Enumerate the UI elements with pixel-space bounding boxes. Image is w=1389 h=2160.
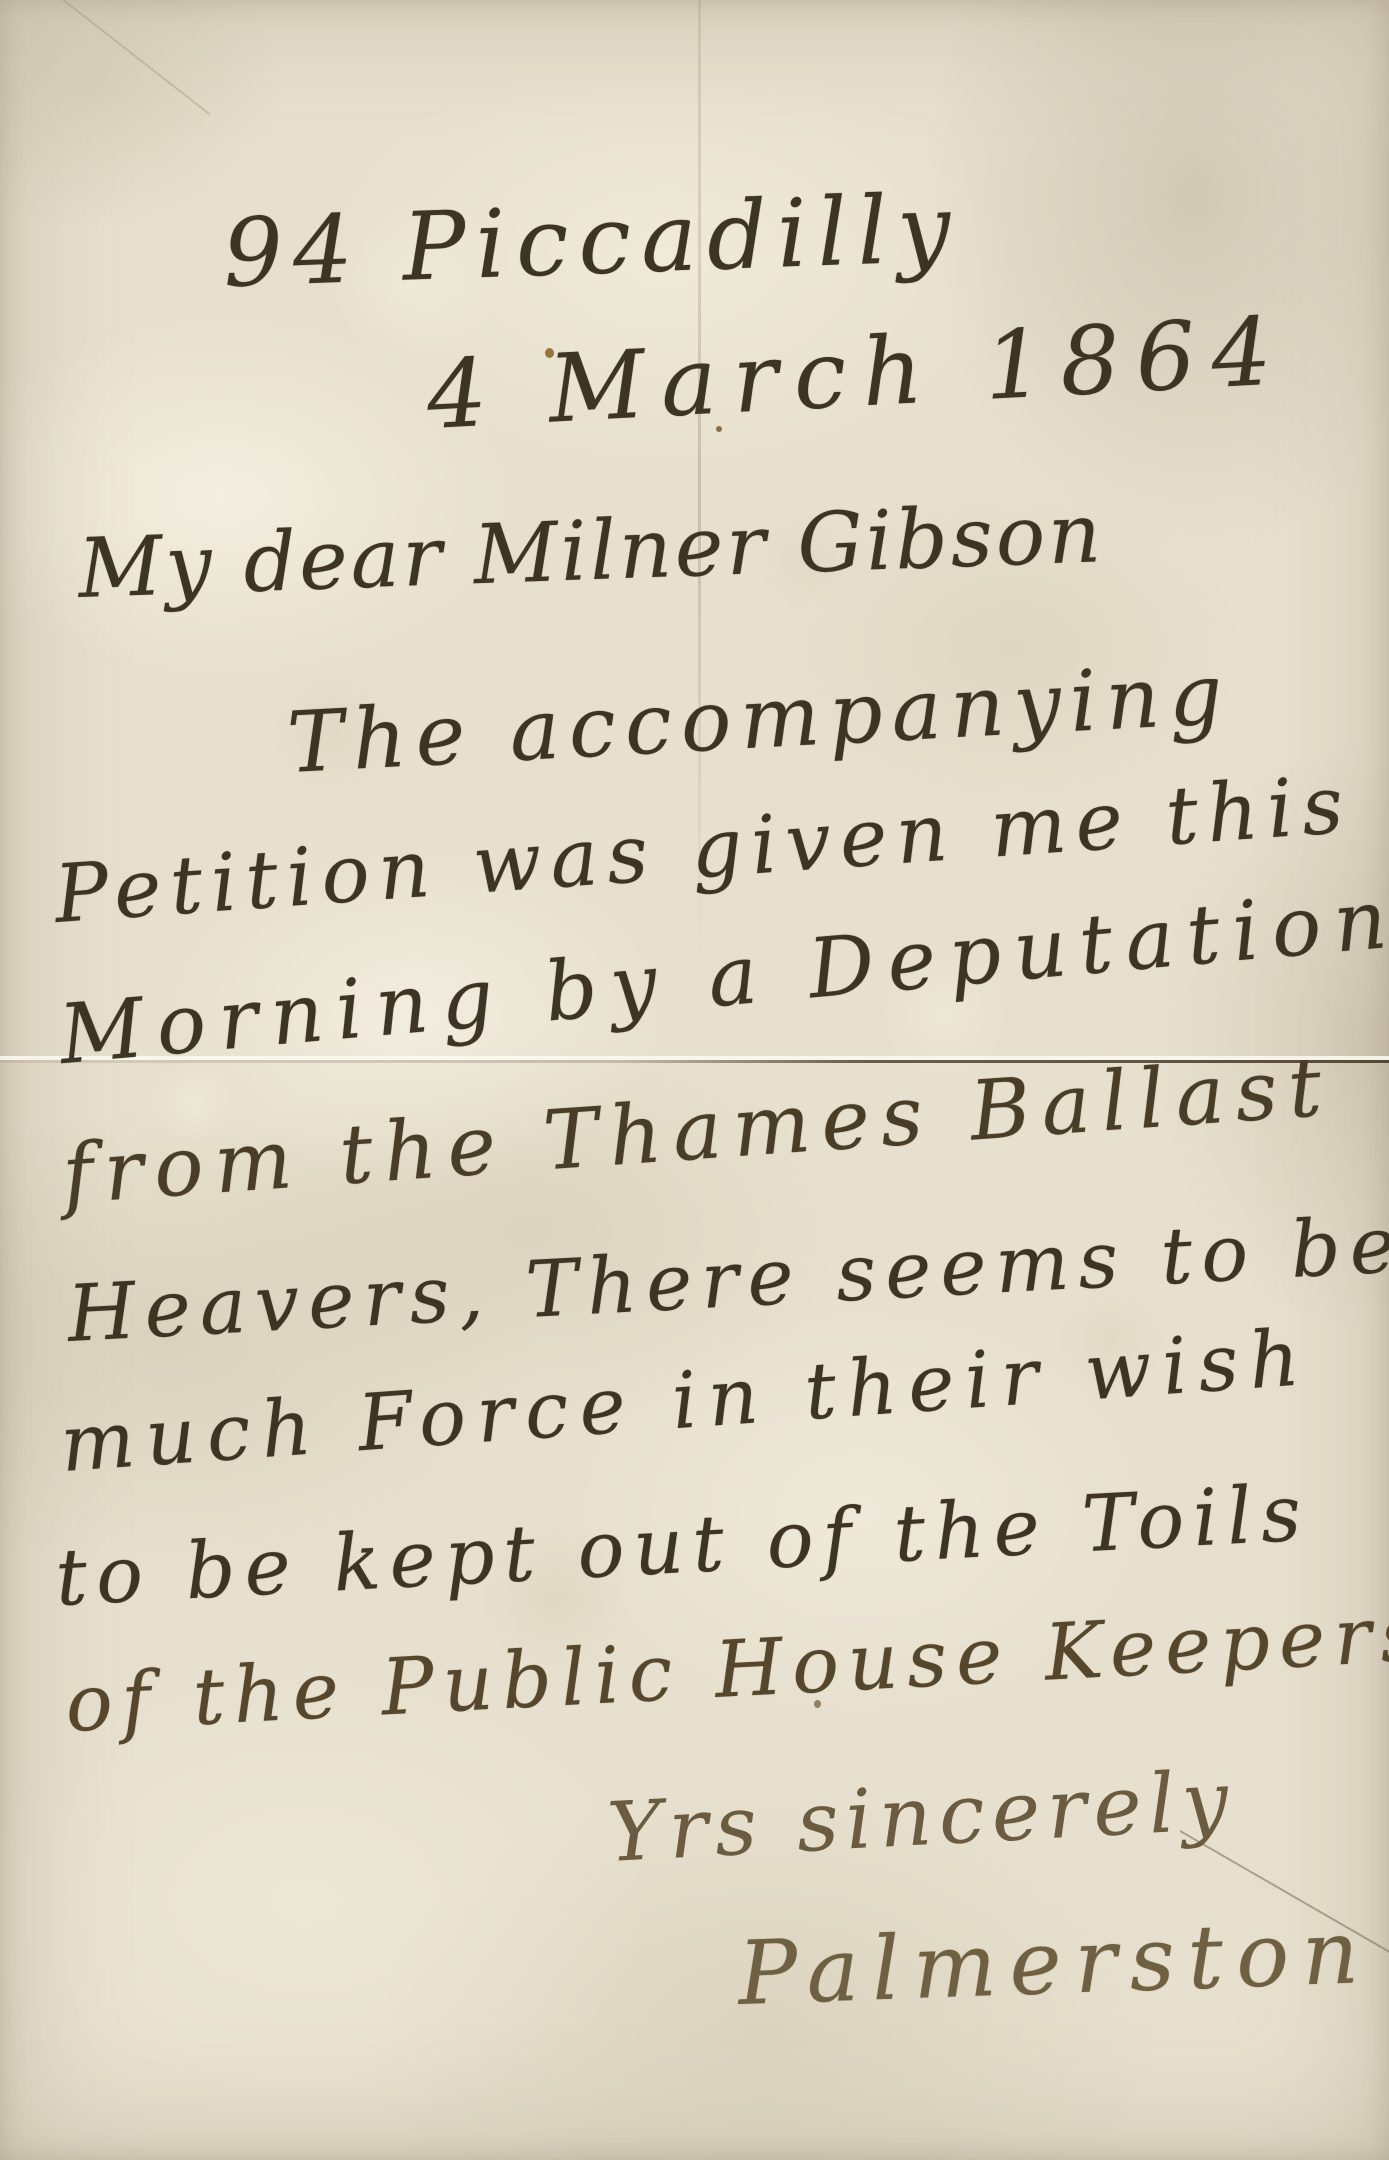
letter-scan: { "letter": { "address": "94 Piccadilly"… [0,0,1389,2160]
letter-paper: 94 Piccadilly 4 March 1864 My dear Milne… [0,0,1389,2160]
